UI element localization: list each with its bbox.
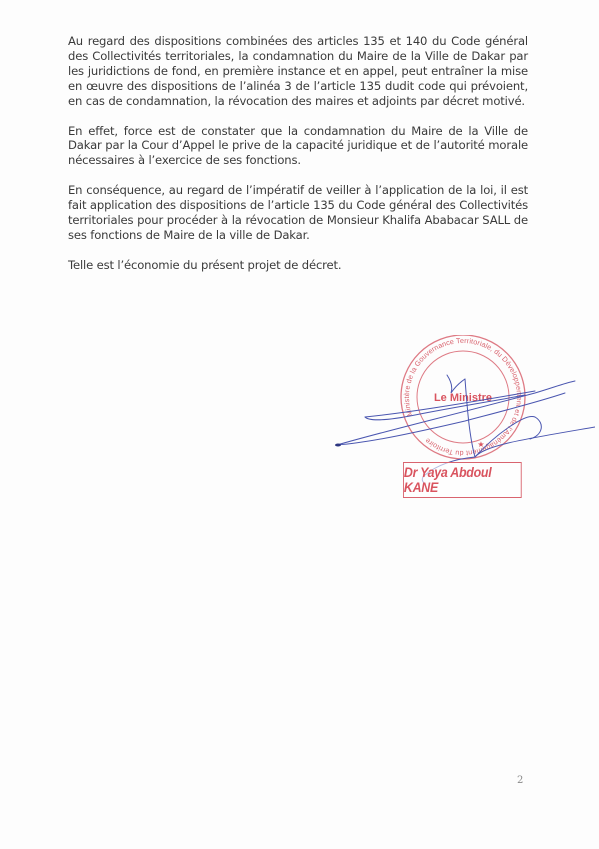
paragraph-finding: En effet, force est de constater que la … — [68, 124, 528, 169]
signatory-name-stamp: Dr Yaya Abdoul KANE — [403, 462, 522, 498]
paragraph-conclusion: Telle est l’économie du présent projet d… — [68, 258, 528, 273]
body-text: Au regard des dispositions combinées des… — [68, 34, 528, 288]
page-number: 2 — [517, 775, 523, 786]
document-page: Au regard des dispositions combinées des… — [0, 0, 599, 849]
paragraph-consequence: En conséquence, au regard de l’impératif… — [68, 183, 528, 243]
signatory-name: Dr Yaya Abdoul KANE — [404, 465, 521, 495]
signature-block: Ministère de la Gouvernance Territoriale… — [325, 335, 595, 510]
paragraph-legal-basis: Au regard des dispositions combinées des… — [68, 34, 528, 109]
